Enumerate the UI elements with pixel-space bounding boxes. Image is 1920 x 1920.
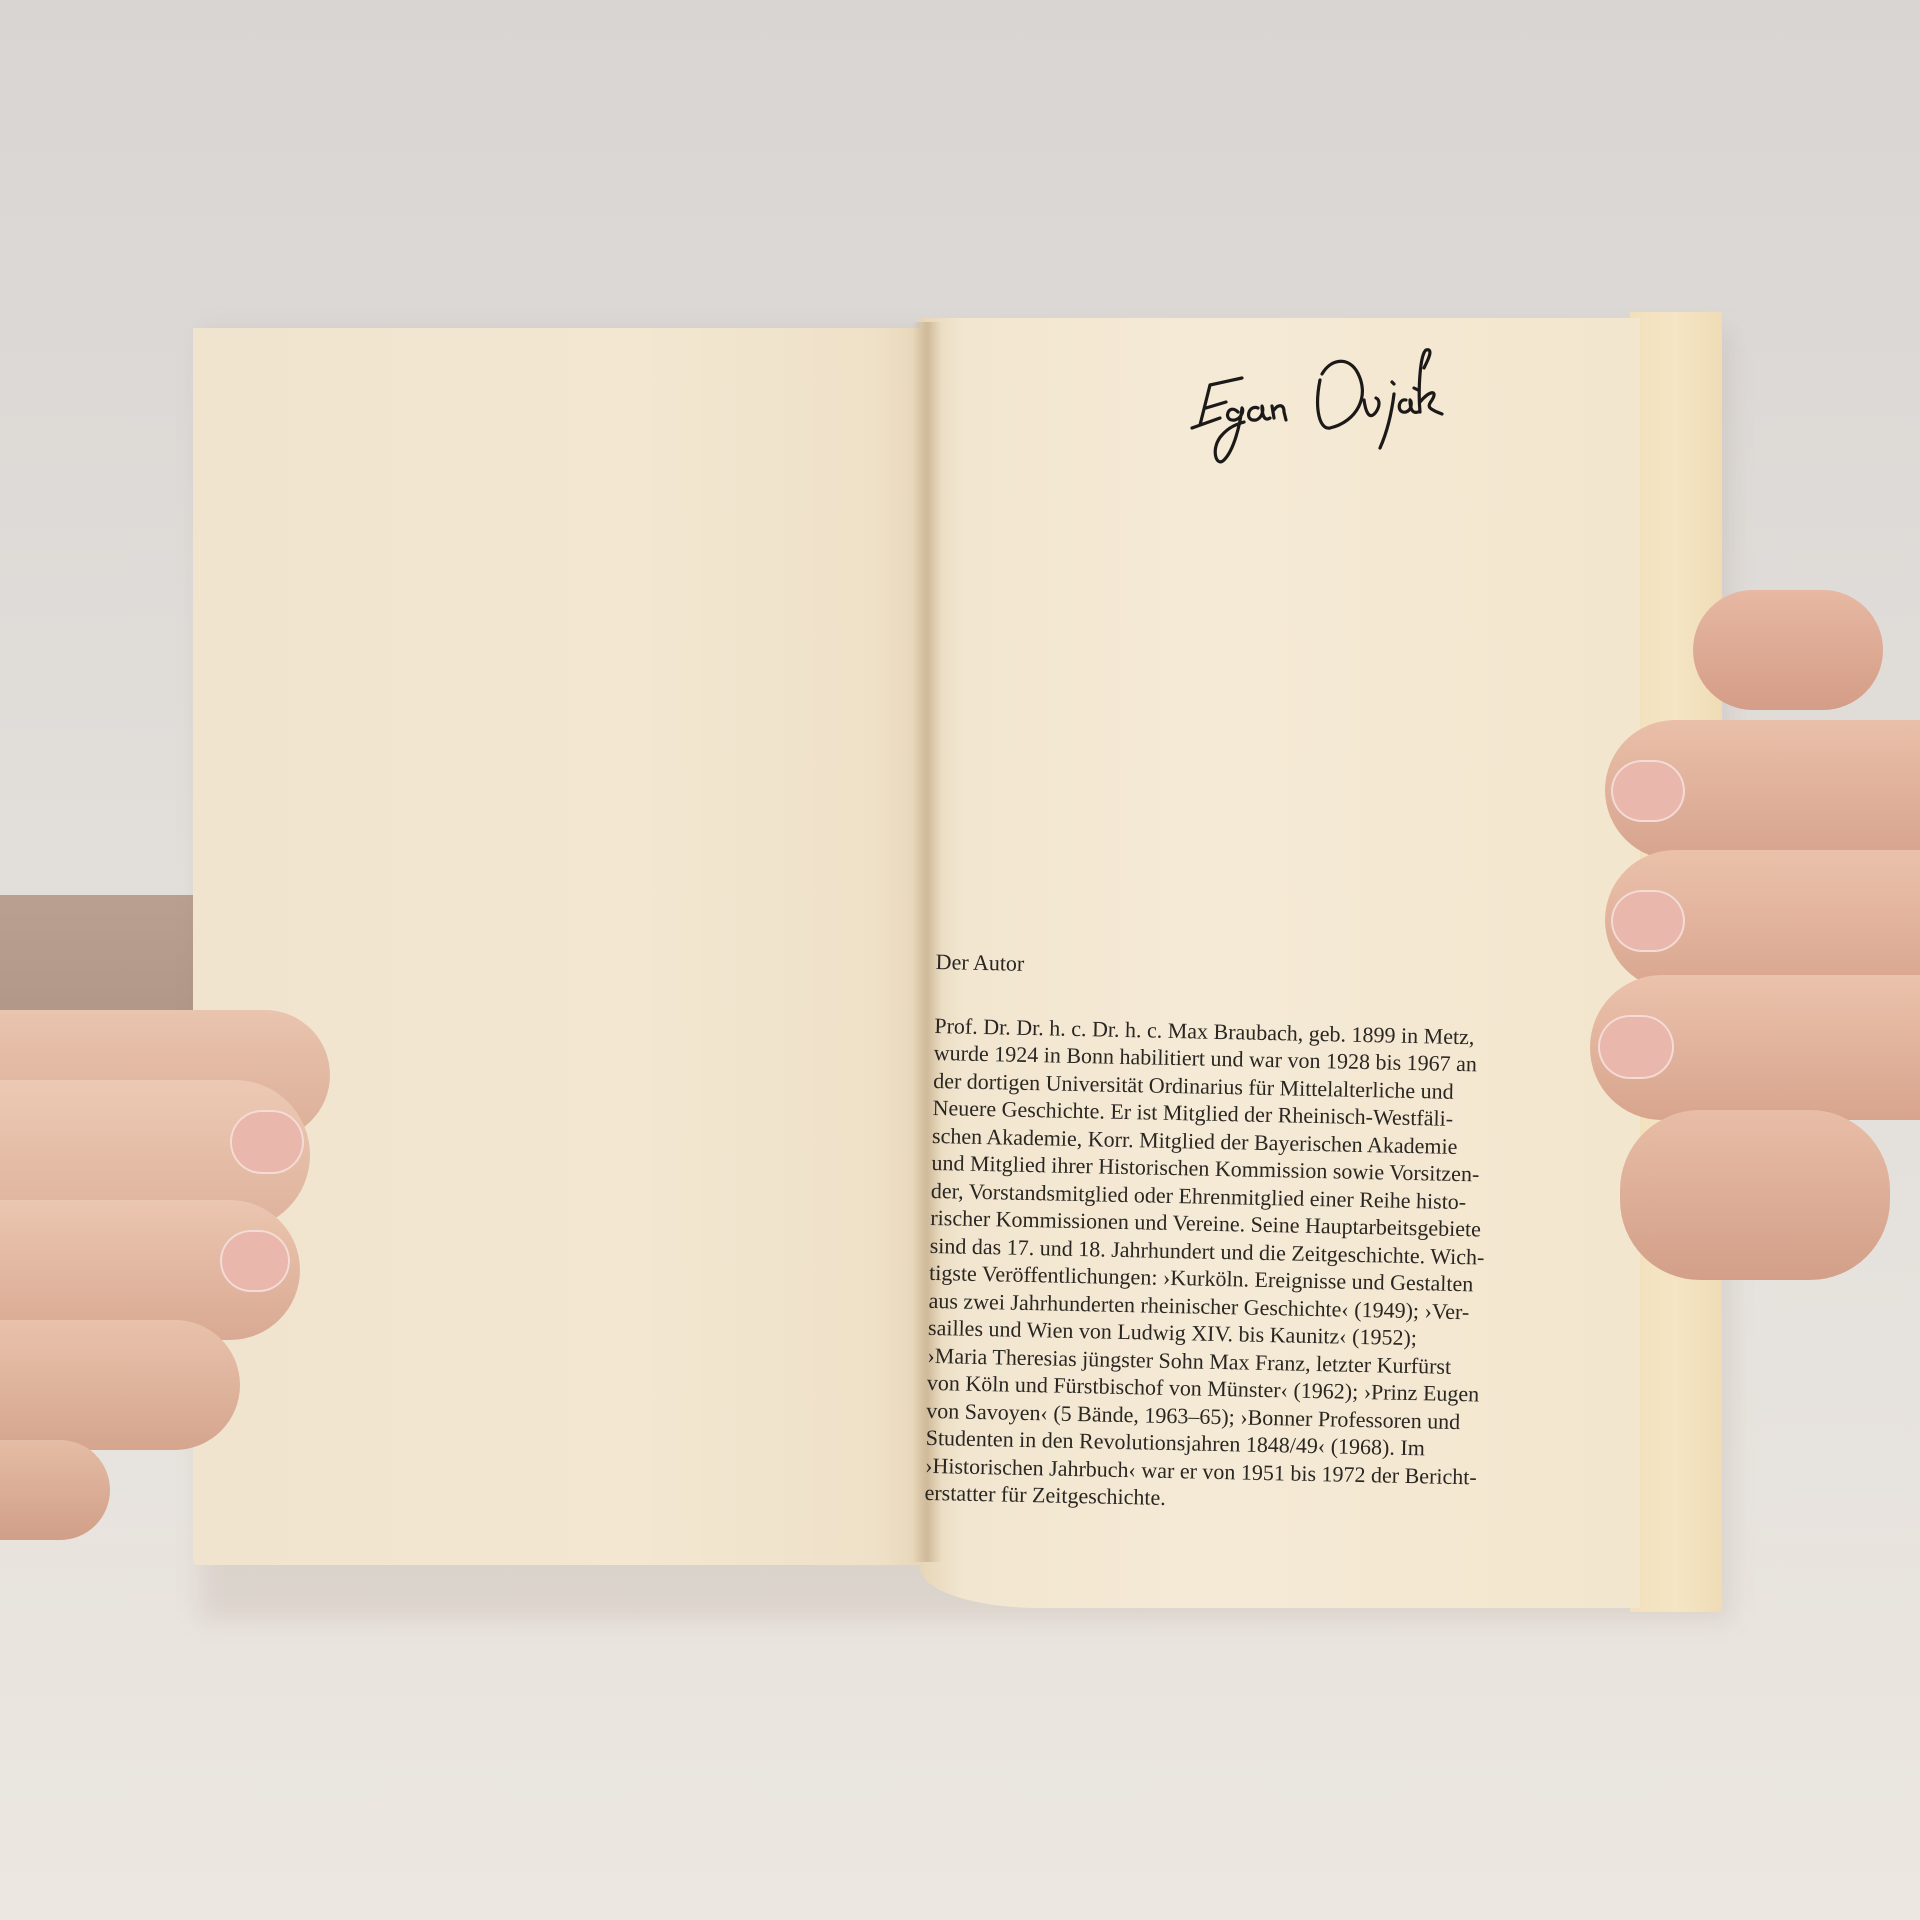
bio-line: erstatter für Zeitgeschichte. bbox=[924, 1480, 1166, 1510]
author-bio: Der Autor Prof. Dr. Dr. h. c. Dr. h. c. … bbox=[924, 948, 1546, 1519]
right-finger bbox=[1590, 975, 1920, 1120]
right-finger bbox=[1605, 850, 1920, 990]
handwritten-signature bbox=[1180, 330, 1530, 470]
left-page-blank bbox=[193, 328, 935, 1565]
left-finger bbox=[0, 1200, 300, 1340]
fingernail bbox=[1611, 890, 1685, 952]
right-finger bbox=[1605, 720, 1920, 860]
fingernail bbox=[1611, 760, 1685, 822]
fingernail bbox=[220, 1230, 290, 1292]
right-finger bbox=[1620, 1110, 1890, 1280]
left-finger bbox=[0, 1320, 240, 1450]
left-finger bbox=[0, 1440, 110, 1540]
fingernail bbox=[1598, 1015, 1674, 1079]
right-thumb bbox=[1693, 590, 1883, 710]
bio-paragraph: Prof. Dr. Dr. h. c. Dr. h. c. Max Brauba… bbox=[924, 1011, 1544, 1519]
fingernail bbox=[230, 1110, 304, 1174]
